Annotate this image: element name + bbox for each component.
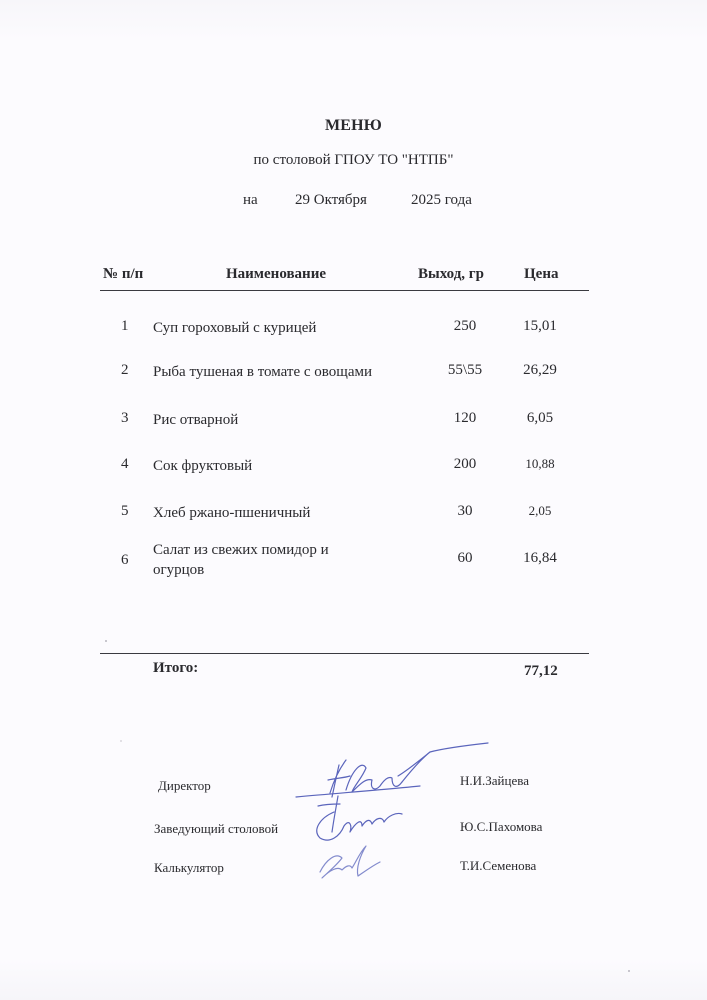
header-divider [100,290,589,291]
row-number: 1 [121,318,129,335]
signer-role-calculator: Калькулятор [154,860,224,876]
total-divider [100,653,589,654]
dish-price: 6,05 [505,410,575,427]
signer-role-canteen-manager: Заведующий столовой [154,821,278,837]
signature-calculator [320,846,380,878]
scan-speck [105,640,107,642]
dish-name: Суп гороховый с курицей [153,318,403,338]
dish-price: 26,29 [505,362,575,379]
column-header-number: № п/п [103,266,143,283]
document-title: МЕНЮ [0,117,707,135]
dish-price: 10,88 [505,456,575,472]
signer-name-calculator: Т.И.Семенова [460,858,536,874]
handwritten-signatures [0,0,707,1000]
document-subtitle: по столовой ГПОУ ТО "НТПБ" [0,152,707,169]
dish-output: 55\55 [420,362,510,379]
signer-name-director: Н.И.Зайцева [460,773,529,789]
total-label: Итого: [153,660,198,677]
row-number: 4 [121,456,129,473]
dish-name: Рис отварной [153,410,403,430]
date-prefix: на [243,192,258,209]
dish-price: 2,05 [505,503,575,519]
row-number: 6 [121,552,129,569]
dish-name: Рыба тушеная в томате с овощами [153,362,413,382]
dish-price: 15,01 [505,318,575,335]
dish-price: 16,84 [505,550,575,567]
row-number: 5 [121,503,129,520]
signature-canteen-manager [317,796,402,840]
column-header-output: Выход, гр [418,266,484,283]
dish-name: Салат из свежих помидор и огурцов [153,540,368,580]
signer-name-canteen-manager: Ю.С.Пахомова [460,819,542,835]
dish-name: Сок фруктовый [153,456,403,476]
document-page: МЕНЮ по столовой ГПОУ ТО "НТПБ" на 29 Ок… [0,0,707,1000]
column-header-price: Цена [524,266,558,283]
dish-output: 30 [420,503,510,520]
dish-name: Хлеб ржано-пшеничный [153,503,403,523]
dish-output: 60 [420,550,510,567]
scan-speck [628,970,630,972]
row-number: 2 [121,362,129,379]
total-value: 77,12 [524,663,558,680]
date-year: 2025 года [411,192,472,209]
signer-role-director: Директор [158,778,211,794]
dish-output: 250 [420,318,510,335]
date-day-month: 29 Октября [295,192,367,209]
dish-output: 200 [420,456,510,473]
scan-speck [120,740,122,742]
column-header-name: Наименование [226,266,326,283]
row-number: 3 [121,410,129,427]
dish-output: 120 [420,410,510,427]
